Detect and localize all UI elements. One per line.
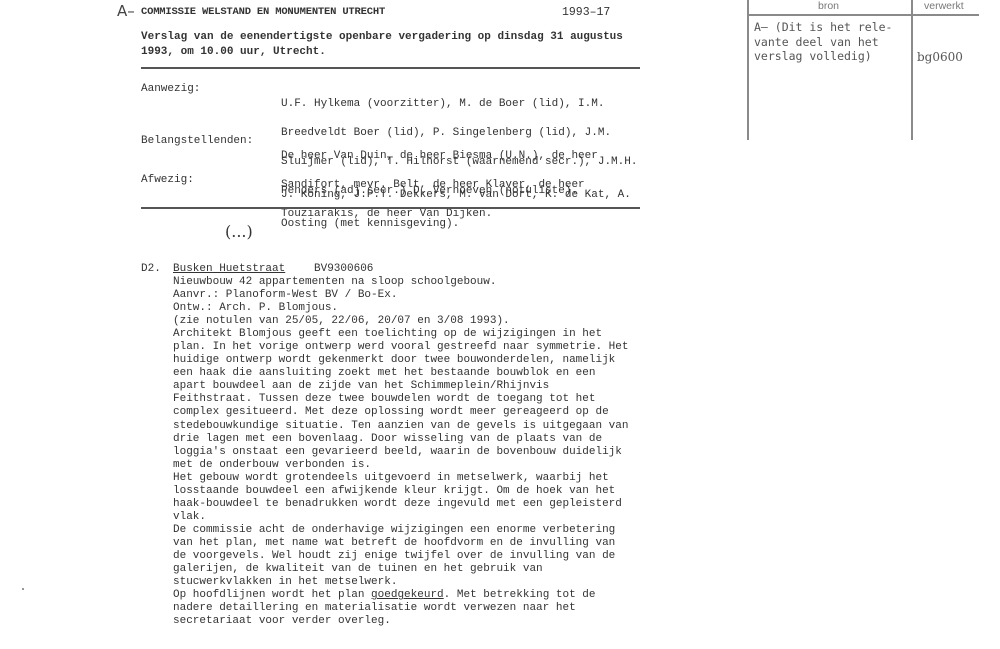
item-street: Busken Huetstraat (173, 263, 285, 275)
item-line: Nieuwbouw 42 appartementen na sloop scho… (173, 276, 653, 289)
meeting-subtitle: Verslag van de eenendertigste openbare v… (141, 30, 661, 60)
attendance-line: J. Koning, J.P.T. Dekkers, M. van Dort, … (281, 188, 801, 203)
attendance-label: Aanwezig: (141, 82, 281, 97)
item-line: een haak die aansluiting zoekt met het b… (173, 367, 653, 380)
subtitle-line: Verslag van de eenendertigste openbare v… (141, 30, 661, 45)
decision-text: goedgekeurd (371, 589, 444, 601)
item-line: Feithstraat. Tussen deze twee bouwdelen … (173, 393, 653, 406)
item-line: haak-bouwdeel te benadrukken wordt deze … (173, 498, 653, 511)
document-number: 1993–17 (562, 6, 610, 19)
horizontal-rule (141, 67, 640, 69)
item-line: de voorgevels. Wel houdt zij enige twijf… (173, 550, 653, 563)
item-line: plan. In het vorige ontwerp werd vooral … (173, 341, 653, 354)
item-line: stucwerkvlakken in het metselwerk. (173, 576, 653, 589)
item-line: met de onderbouw verbonden is. (173, 459, 653, 472)
item-line: loggia's onstaat een gevarieerd beeld, w… (173, 446, 653, 459)
item-line: losstaande bouwdeel een afwijkende kleur… (173, 485, 653, 498)
table-header-source: bron (818, 0, 839, 12)
item-line: Ontw.: Arch. P. Blomjous. (173, 302, 653, 315)
item-line: secretariaat voor verder overleg. (173, 615, 653, 628)
item-line: drie lagen met een bovenlaag. Door wisse… (173, 433, 653, 446)
processed-code: bg0600 (917, 50, 963, 64)
item-line: nadere detaillering en materialisatie wo… (173, 602, 653, 615)
table-header-processed: verwerkt (924, 0, 964, 12)
item-line: apart bouwdeel aan de zijde van het Schi… (173, 380, 653, 393)
item-line: Aanvr.: Planoform-West BV / Bo-Ex. (173, 289, 653, 302)
horizontal-rule (141, 207, 640, 209)
item-line: stedebouwkundige situatie. Ten aanzien v… (173, 420, 653, 433)
source-note: A– (Dit is het rele- vante deel van het … (754, 20, 892, 64)
item-code: D2. (141, 263, 161, 275)
source-mark: A– (117, 2, 135, 20)
table-header-rule (747, 14, 979, 16)
attendance-line: U.F. Hylkema (voorzitter), M. de Boer (l… (281, 97, 801, 112)
item-line: van het plan, met name wat betreft de ho… (173, 537, 653, 550)
item-body: Nieuwbouw 42 appartementen na sloop scho… (173, 276, 653, 628)
omission-marker: (...) (225, 222, 253, 241)
attendance-label: Afwezig: (141, 173, 281, 188)
item-line: Het gebouw wordt grotendeels uitgevoerd … (173, 472, 653, 485)
item-line: (zie notulen van 25/05, 22/06, 20/07 en … (173, 315, 653, 328)
item-line: Architekt Blomjous geeft een toelichting… (173, 328, 653, 341)
attendance-line: De heer Van Duin, de heer Biesma (U.N.),… (281, 149, 801, 164)
item-line: complex gesitueerd. Met deze oplossing w… (173, 406, 653, 419)
conclusion-line: Op hoofdlijnen wordt het plan goedgekeur… (173, 589, 653, 602)
table-column-divider (911, 0, 913, 140)
table-border-left (747, 0, 749, 140)
item-line: vlak. (173, 511, 653, 524)
item-line: huidige ontwerp wordt gekenmerkt door tw… (173, 354, 653, 367)
attendance-names: J. Koning, J.P.T. Dekkers, M. van Dort, … (281, 173, 801, 246)
organization-title: COMMISSIE WELSTAND EN MONUMENTEN UTRECHT (141, 6, 385, 18)
scan-speck (22, 588, 24, 590)
conclusion-prefix: Op hoofdlijnen wordt het plan (173, 589, 371, 601)
attendance-label: Belangstellenden: (141, 134, 281, 149)
item-line: De commissie acht de onderhavige wijzigi… (173, 524, 653, 537)
subtitle-line: 1993, om 10.00 uur, Utrecht. (141, 45, 661, 60)
conclusion-suffix: . Met betrekking tot de (444, 589, 596, 601)
item-reference: BV9300606 (314, 263, 373, 275)
attendance-line: Oosting (met kennisgeving). (281, 217, 801, 232)
item-line: galerijen, de kwaliteit van de tuinen en… (173, 563, 653, 576)
